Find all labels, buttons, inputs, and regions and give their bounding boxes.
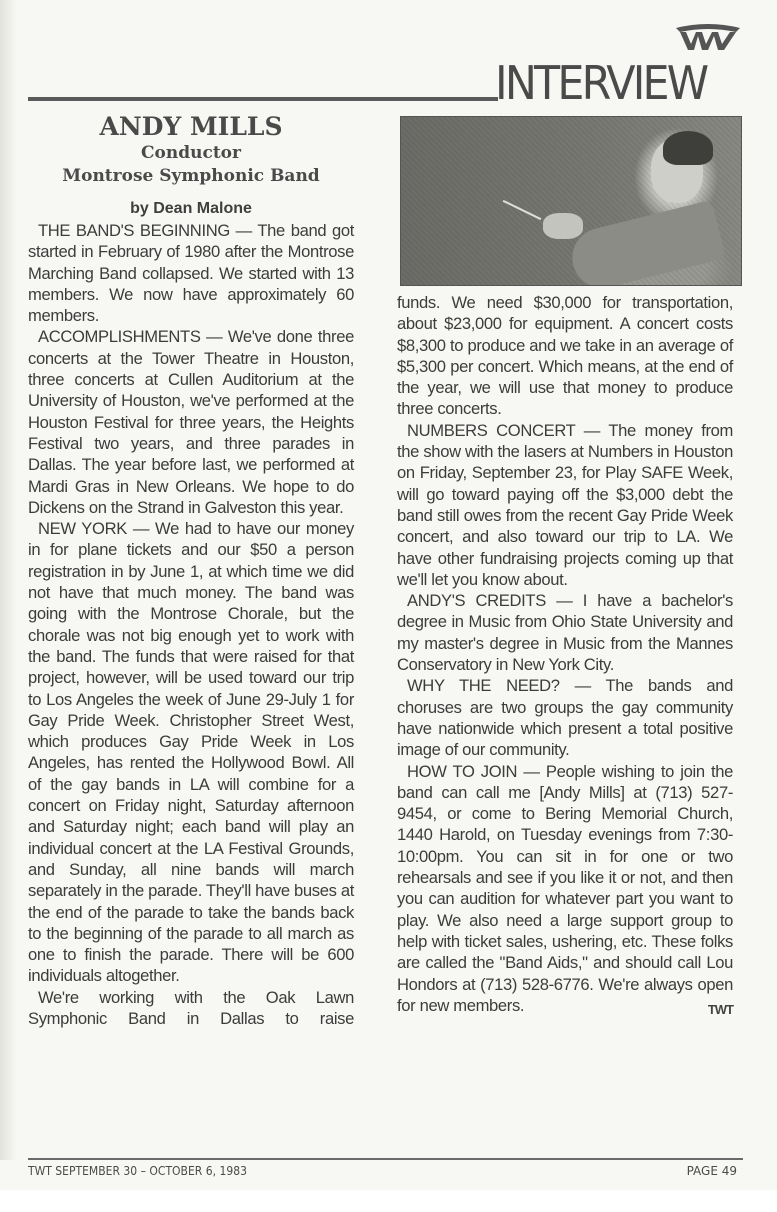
- conductor-photo: [400, 116, 742, 286]
- paragraph-why-the-need: WHY THE NEED? — The bands and choruses a…: [397, 675, 733, 760]
- article-subtitle-organization: Montrose Symphonic Band: [28, 165, 354, 188]
- photo-hair: [663, 131, 713, 165]
- page-bottom-margin: [0, 1190, 777, 1212]
- paragraph-oak-lawn: We're working with the Oak Lawn Symphoni…: [28, 987, 354, 1030]
- page-number: PAGE 49: [687, 1164, 737, 1178]
- page-edge-shadow: [0, 0, 16, 1160]
- section-heading: INTERVIEW: [495, 58, 728, 108]
- twt-logo-icon: [672, 22, 744, 52]
- article-left-column: ANDY MILLS Conductor Montrose Symphonic …: [28, 112, 354, 1029]
- paragraph-new-york: NEW YORK — We had to have our money in f…: [28, 518, 354, 987]
- footer-rule: [28, 1158, 743, 1160]
- paragraph-funds: funds. We need $30,000 for transportatio…: [397, 292, 733, 420]
- paragraph-how-to-join: HOW TO JOIN — People wishing to join the…: [397, 761, 733, 1017]
- paragraph-credits: ANDY'S CREDITS — I have a bachelor's deg…: [397, 590, 733, 675]
- article-right-column: funds. We need $30,000 for transportatio…: [397, 292, 733, 1020]
- photo-hand: [543, 213, 583, 239]
- byline: by Dean Malone: [28, 198, 354, 220]
- article-title: ANDY MILLS: [28, 112, 354, 142]
- photo-arm: [566, 200, 726, 286]
- paragraph-accomplishments: ACCOMPLISHMENTS — We've done three conce…: [28, 326, 354, 518]
- header-rule: [28, 97, 498, 101]
- issue-date: TWT SEPTEMBER 30 – OCTOBER 6, 1983: [28, 1164, 247, 1178]
- article-subtitle-role: Conductor: [28, 142, 354, 165]
- end-mark-icon: TWT: [698, 999, 733, 1020]
- how-to-join-text: HOW TO JOIN — People wishing to join the…: [397, 762, 733, 1015]
- photo-baton: [503, 200, 542, 220]
- paragraph-beginning: THE BAND'S BEGINNING — The band got star…: [28, 220, 354, 326]
- paragraph-numbers-concert: NUMBERS CONCERT — The money from the sho…: [397, 420, 733, 590]
